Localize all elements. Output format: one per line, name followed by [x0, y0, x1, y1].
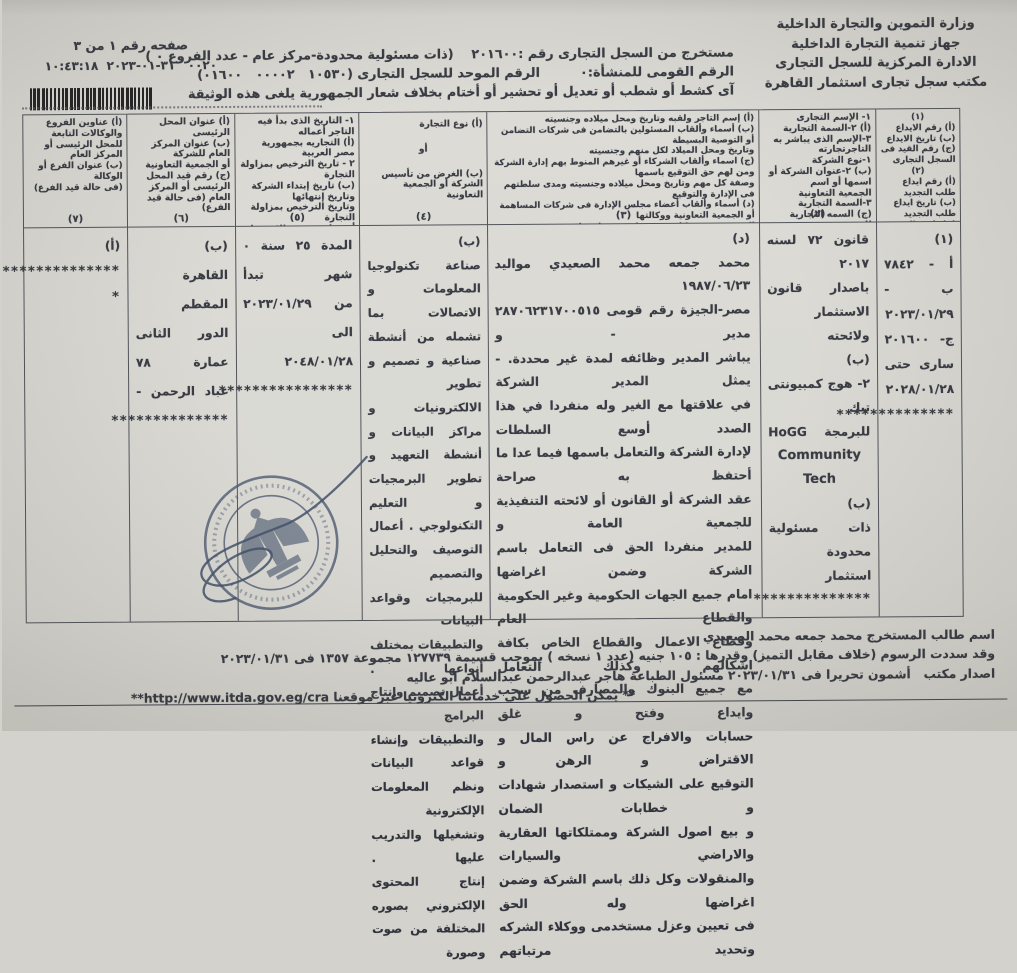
- column-trade-name: ١- الإسم التجارى(أ) ٢-السمة التجارية٣-ال…: [756, 109, 877, 617]
- text-line: (ج) اسماء وألقاب الشركاء أو غيرهم المنوط…: [490, 156, 753, 179]
- text-line: القاهرة المقطم: [133, 261, 226, 320]
- text-line: (أ) التجاريه بجمهورية مصر العربية: [237, 138, 353, 160]
- text-line: ١-نوع الشركة: [761, 156, 869, 168]
- text-line: ٢٠٤٨/٠١/٢٨: [241, 347, 351, 377]
- text-line: (ب): [766, 347, 868, 372]
- text-line: باصدار قانون الاستثمار: [765, 275, 867, 324]
- text-line: (أ) عناوين الفروع والوكالات التابعة: [25, 118, 120, 140]
- text-line: استثمار: [767, 563, 869, 588]
- text-line: ٢٠٢٨/٠١/٢٨: [883, 377, 952, 402]
- text-line: للمحل الرئيسى أو المركز العام: [25, 139, 120, 161]
- data-cell-duration: المدة ٢٥ سنة ٠ شهر تبدأمن ٢٠٢٣/٠١/٢٩ الى…: [234, 226, 359, 411]
- text-line: يباشر المدير وظائفه لمدة غير محددة. - يم…: [493, 346, 749, 395]
- header-cell: (أ) عناوين الفروع والوكالات التابعةللمحل…: [21, 115, 125, 229]
- column-branches: (أ) عناوين الفروع والوكالات التابعةللمحل…: [21, 115, 127, 623]
- scan-tilt-wrapper: صفحه رقم ١ من ٣ ٠٠٢٠ ٣١-٠١-٢٠٢٣ ١٠:٤٣:١٨…: [0, 0, 1017, 731]
- text-line: الدور الثانى عمارة ٧٨: [134, 319, 227, 378]
- text-line: (ج) رقم قيد المحل الرئيسى أو المركز: [130, 171, 229, 193]
- text-line: محمد جمعه محمد الصعيدي مواليد ١٩٨٧/٠٦/٢٣: [493, 251, 749, 300]
- text-line: من ٢٠٢٣/٠١/٢٩ الى: [241, 289, 351, 348]
- text-line: ٣-الإسم الذى يباشر به التاجرتجارته: [761, 134, 869, 156]
- column-number: (٢): [758, 208, 874, 220]
- text-line: (١): [878, 112, 953, 123]
- header-cell: (أ) عنوان المحل الرئيسى(ب) عنوان المركز …: [125, 114, 232, 228]
- column-deposit-renewal: (١)(أ) رقم الايداع(ب) تاريخ الايداع(ج) ر…: [873, 109, 961, 617]
- header-lines: ١- الإسم التجارى(أ) ٢-السمة التجارية٣-ال…: [761, 112, 870, 223]
- text-line: أو الجمعية التعاونية: [130, 160, 229, 171]
- text-line: لإدارة الشركة والتعامل باسمها فيما عدا م…: [494, 441, 750, 490]
- column-number: (٣): [486, 209, 757, 222]
- text-line: **************: [134, 406, 227, 436]
- text-line: قانون ٧٢ لسنه ٢٠١٧: [765, 227, 867, 276]
- text-line: ١- التاريخ الذى بدأ فيه التاجر أعماله: [237, 116, 353, 138]
- text-line: امام جميع الجهات الحكومية وغير الحكومية …: [495, 583, 751, 632]
- header-cell: (١)(أ) رقم الايداع(ب) تاريخ الايداع(ج) ر…: [874, 109, 958, 223]
- text-line: Community Tech: [766, 443, 868, 492]
- text-line: وصفة كل مهم وتاريخ ومحل ميلاده وجنسيته و…: [490, 178, 753, 201]
- text-line: الادارة المركزية للسجل التجارى: [753, 53, 995, 74]
- text-line: (أ): [29, 233, 118, 260]
- text-line: ب - ٢٠٢٣/٠١/٢٩: [882, 277, 952, 327]
- header-cell: (أ) إسم التاجر ولقبه وتاريخ ومحل ميلاده …: [486, 110, 757, 225]
- text-line: (أ) رقم ايداع طلب التجديد: [878, 177, 953, 199]
- document-title: مستخرج من السجل التجارى رقم :٢٠١٦٠٠ (ذات…: [252, 43, 732, 103]
- text-line: عقد الشركة أو القانون أو لائحته التنفيذي…: [494, 488, 750, 537]
- header-lines: (أ) عنوان المحل الرئيسى(ب) عنوان المركز …: [129, 117, 228, 215]
- text-line: للمدير منفردا الحق فى التعامل باسم الشرك…: [495, 535, 751, 584]
- text-line: (أ) عنوان المحل الرئيسى: [129, 117, 228, 139]
- text-line: العام (فى حالة قيد الفرع): [130, 193, 229, 215]
- header-lines: ١- التاريخ الذى بدأ فيه التاجر أعماله(أ)…: [237, 116, 353, 227]
- text-line: ذات مسئولية محدودة: [767, 515, 869, 564]
- header-cell: (أ) نوع التجارةأو(ب) الغرض من تأسيس الشر…: [357, 112, 485, 226]
- text-line: (د): [492, 227, 748, 252]
- text-line: ولائحته: [765, 323, 867, 348]
- data-cell-trade-name: قانون ٧٢ لسنه ٢٠١٧باصدار قانون الاستثمار…: [758, 222, 877, 617]
- column-number: (٧): [22, 214, 125, 226]
- text-line: صناعية و تصميم و تطوير: [366, 349, 480, 397]
- text-line: (ب) تاريخ ايداع طلب التجديد: [879, 198, 954, 220]
- text-line: المدة ٢٥ سنة ٠ شهر تبدأ: [241, 231, 351, 290]
- text-line: عباد الرحمن -: [134, 377, 227, 407]
- text-line: (ب) ٢-عنوان الشركة أو اسمها أو اسم: [761, 166, 869, 188]
- text-line: وزارة التموين والتجارة الداخلية: [753, 14, 995, 35]
- text-line: آى كشط أو شطب أو تعديل أو تحشير أو أختام…: [252, 81, 732, 103]
- text-line: (أ) ٢-السمة التجارية: [761, 123, 869, 135]
- text-line: مصر-الجيزة رقم قومى ٢٨٧٠٦٢٣١٧٠٠٥١٥ مدير …: [493, 298, 749, 347]
- text-line: **************: [767, 587, 869, 612]
- column-number: (٥): [234, 212, 358, 224]
- text-line: (ج) رقم القيد فى السجل التجارى: [878, 144, 953, 166]
- column-number: (٤): [358, 211, 485, 223]
- text-line: (ب): [767, 491, 869, 516]
- data-cell-address: (ب)القاهرة المقطمالدور الثانى عمارة ٧٨عب…: [126, 227, 234, 441]
- text-line: أو: [362, 144, 481, 156]
- footer-notes: اسم طالب المستخرج محمد جمعه محمد الصعيدي…: [32, 626, 994, 710]
- text-line: صناعة تكنولوجيا المعلومات و: [365, 254, 479, 302]
- text-line: (ب): [133, 232, 226, 262]
- text-line: *: [29, 285, 118, 312]
- text-line: (ب) أسماء وألقاب المسئولين بالتضامن فى ش…: [490, 124, 753, 147]
- text-line: حسابات والافراج عن راس المال و الاقتراض …: [496, 725, 752, 731]
- data-cell-branches: (أ)***************: [22, 228, 126, 317]
- data-cell-deposit: (١)أ - ٧٨٤٢ب - ٢٠٢٣/٠١/٢٩ج- ٢٠١٦٠٠سارى ح…: [875, 222, 960, 433]
- text-line: ****************: [242, 376, 352, 406]
- official-stamp: [129, 437, 390, 634]
- text-line: أ - ٧٨٤٢: [882, 252, 951, 277]
- header-cell: ١- التاريخ الذى بدأ فيه التاجر أعماله(أ)…: [233, 113, 357, 227]
- text-line: **************: [29, 259, 118, 286]
- text-line: سارى حتى: [883, 352, 952, 377]
- header-cell: ١- الإسم التجارى(أ) ٢-السمة التجارية٣-ال…: [757, 109, 874, 223]
- text-line: جهاز تنمية التجارة الداخلية: [753, 33, 995, 54]
- text-line: (أ) رقم الايداع: [878, 123, 953, 134]
- text-line: للبرمجة HoGG: [766, 419, 868, 444]
- header-lines: (أ) إسم التاجر ولقبه وتاريخ ومحل ميلاده …: [490, 113, 754, 225]
- agency-header: وزارة التموين والتجارة الداخليةجهاز تنمي…: [753, 14, 996, 94]
- text-line: (فى حالة قيد الفرع): [26, 182, 121, 193]
- column-number: (٦): [126, 213, 233, 225]
- text-line: (ب) الغرض من تأسيس الشركة أو الجمعية الت…: [362, 169, 481, 202]
- text-line: ٢- هوج كمبيونتى تيك: [766, 371, 868, 420]
- text-line: ١- الإسم التجارى: [761, 112, 869, 124]
- text-line: (ب) تاريخ إبتداء الشركة وتاريخ إنتهائها: [237, 181, 353, 203]
- text-line: ٢ - تاريخ الترخيص بمزاولة التجارة: [237, 159, 353, 181]
- text-line: (ب): [365, 230, 478, 254]
- column-partners-managers: (أ) إسم التاجر ولقبه وتاريخ ومحل ميلاده …: [485, 110, 760, 619]
- text-line: الاتصالات بما تشمله من أنشطة: [366, 301, 480, 349]
- header-lines: (أ) نوع التجارةأو(ب) الغرض من تأسيس الشر…: [361, 119, 481, 202]
- text-line: (ب) عنوان الفرع أو الوكالة: [26, 161, 121, 183]
- text-line: (أ) نوع التجارة: [361, 119, 480, 131]
- text-line: (٢): [878, 166, 953, 177]
- header-lines: (أ) عناوين الفروع والوكالات التابعةللمحل…: [25, 118, 120, 194]
- scanned-document-page: صفحه رقم ١ من ٣ ٠٠٢٠ ٣١-٠١-٢٠٢٣ ١٠:٤٣:١٨…: [0, 0, 1017, 731]
- text-line: **************: [883, 402, 952, 427]
- text-line: مكتب سجل تجارى استثمار القاهرة: [753, 72, 995, 93]
- text-line: (١): [882, 227, 951, 252]
- text-line: في علاقتها مع الغير وله منفردا في هذا ال…: [494, 393, 750, 442]
- text-line: ج- ٢٠١٦٠٠: [883, 327, 952, 352]
- text-line: (ب) عنوان المركز العام للشركة: [129, 139, 228, 161]
